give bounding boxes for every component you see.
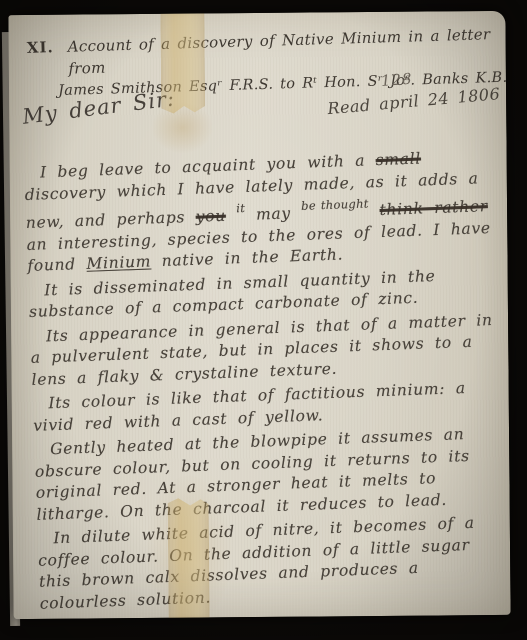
paragraph: I beg leave to acquaint you with a small… <box>24 146 495 278</box>
tape-strip-top <box>160 11 205 117</box>
text-segment <box>369 201 380 219</box>
text-segment: Its appearance in general is that of a m… <box>30 310 503 388</box>
text-segment: it <box>236 201 245 215</box>
text-segment: Minium <box>86 252 151 272</box>
paragraph: In dilute white acid of nitre, it become… <box>37 512 507 615</box>
letter-body: I beg leave to acquaint you with a small… <box>24 146 507 618</box>
folio-number: 128 <box>380 70 413 90</box>
text-segment: Gently heated at the blowpipe it assumes… <box>35 425 481 524</box>
item-number: XI. <box>23 36 55 59</box>
text-segment: may <box>245 204 302 224</box>
text-segment: native in the Earth. <box>151 245 344 270</box>
text-segment <box>226 206 237 224</box>
text-segment: In dilute white acid of nitre, it become… <box>38 513 486 612</box>
text-segment: be thought <box>301 196 369 212</box>
tape-strip-bottom <box>168 495 210 619</box>
text-segment: small <box>375 149 421 169</box>
text-segment: you <box>195 207 226 226</box>
paragraph: Gently heated at the blowpipe it assumes… <box>34 423 504 526</box>
photo-frame: XI. Account of a discovery of Native Min… <box>0 0 527 640</box>
letter-page: XI. Account of a discovery of Native Min… <box>8 11 510 619</box>
text-segment: think rather <box>379 197 488 219</box>
